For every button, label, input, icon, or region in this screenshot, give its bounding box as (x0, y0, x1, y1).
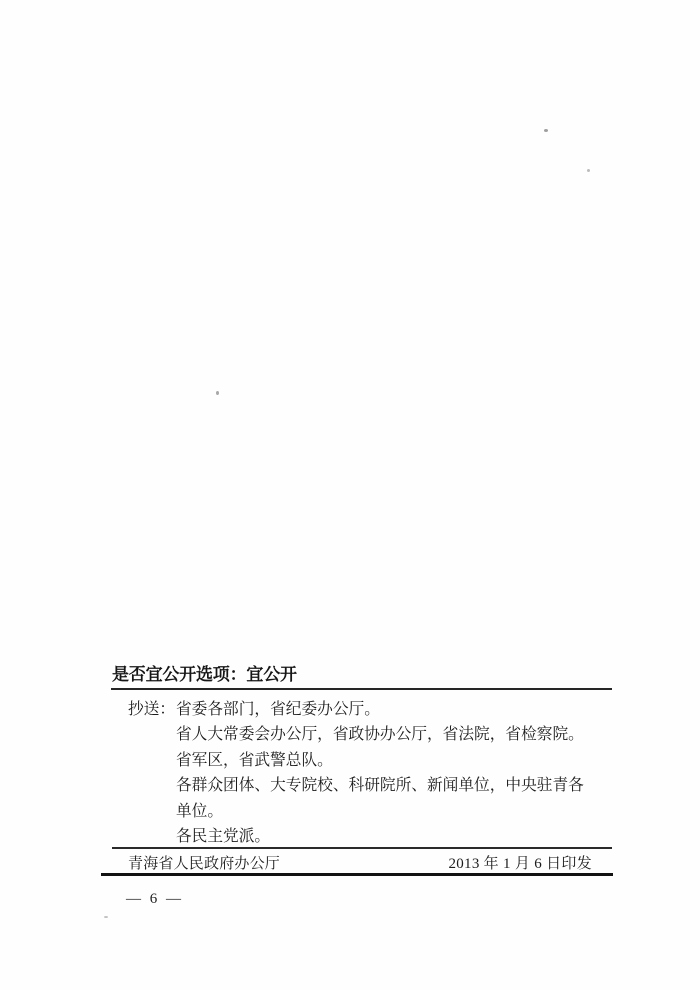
divider-rule-middle (112, 847, 612, 849)
scan-speck (216, 391, 219, 395)
cc-distribution-block: 抄送： 省委各部门，省纪委办公厅。 省人大常委会办公厅，省政协办公厅，省法院，省… (128, 697, 584, 849)
cc-line: 省军区，省武警总队。 (176, 752, 333, 769)
scan-speck (544, 129, 548, 132)
cc-line: 省委各部门，省纪委办公厅。 (176, 701, 380, 718)
cc-line: 省人大常委会办公厅，省政协办公厅，省法院，省检察院。 (176, 726, 584, 743)
scan-speck (587, 169, 590, 172)
page-number: — 6 — (126, 891, 184, 908)
cc-label: 抄送： (128, 697, 176, 722)
scanned-document-page: 是否宜公开选项：宜公开 抄送： 省委各部门，省纪委办公厅。 省人大常委会办公厅，… (0, 0, 700, 990)
cc-line: 单位。 (176, 803, 223, 820)
scan-speck (104, 916, 108, 918)
print-date: 2013 年 1 月 6 日印发 (448, 852, 592, 873)
cc-line: 各民主党派。 (176, 828, 270, 845)
issuing-office: 青海省人民政府办公厅 (128, 852, 280, 873)
divider-rule-top (111, 688, 612, 690)
publicity-option-note: 是否宜公开选项：宜公开 (112, 660, 297, 685)
cc-line: 各群众团体、大专院校、科研院所、新闻单位，中央驻青各 (176, 777, 584, 794)
cc-lines: 省委各部门，省纪委办公厅。 省人大常委会办公厅，省政协办公厅，省法院，省检察院。… (176, 697, 584, 849)
divider-rule-bottom (101, 873, 613, 876)
